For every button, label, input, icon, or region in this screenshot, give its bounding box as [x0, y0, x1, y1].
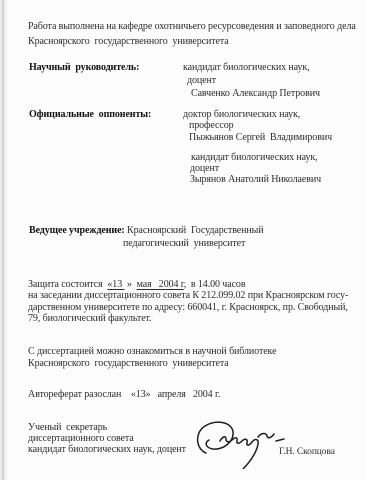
- library-line1: С диссертацией можно ознакомиться в науч…: [28, 346, 276, 358]
- scan-edge-artifact: [0, 0, 8, 480]
- secretary-role-line3: кандидат биологических наук, доцент: [28, 444, 186, 456]
- supervisor-label: Научный руководитель:: [29, 62, 139, 74]
- opponents-label: Официальные оппоненты:: [29, 109, 151, 121]
- signature-flourish: [192, 419, 288, 469]
- secretary-signature-name: Г.Н. Скопцова: [279, 446, 335, 458]
- library-line2: Красноярского государственного университ…: [28, 358, 229, 370]
- leading-institution-label: Ведущее учреждение:: [29, 225, 125, 236]
- defense-day: «13: [107, 279, 124, 290]
- supervisor-name: Савченко Александр Петрович: [191, 88, 320, 100]
- defense-separator: »: [125, 279, 137, 290]
- supervisor-rank: доцент: [187, 75, 216, 87]
- affiliation-line2: Красноярского государственного университ…: [28, 36, 229, 48]
- leading-institution-value: Красноярский Государственный: [125, 225, 264, 236]
- opponent2-name: Зырянов Анатолий Николаевич: [190, 174, 321, 186]
- defense-time: , в 14.00 часов: [184, 279, 246, 290]
- affiliation-line1: Работа выполнена на кафедре охотничьего …: [28, 21, 356, 33]
- defense-prefix: Защита состоится: [28, 279, 107, 290]
- leading-institution-line2: педагогический университет: [123, 238, 245, 250]
- defense-date: мая 2004 г: [137, 279, 184, 290]
- supervisor-degree: кандидат биологических наук,: [183, 62, 310, 74]
- document-page: Работа выполнена на кафедре охотничьего …: [0, 0, 365, 480]
- defense-line2: на заседании диссертационного совета К 2…: [28, 290, 348, 302]
- leading-institution-line1: Ведущее учреждение: Красноярский Государ…: [29, 225, 264, 237]
- opponent1-rank: профессор: [189, 120, 234, 132]
- opponent1-name: Пыжьянов Сергей Владимирович: [189, 132, 332, 144]
- abstract-mailed-line: Автореферат разослан «13» апреля 2004 г.: [28, 389, 220, 401]
- scan-edge-line: [3, 0, 4, 480]
- defense-line4: 79, биологический факультет.: [28, 313, 151, 325]
